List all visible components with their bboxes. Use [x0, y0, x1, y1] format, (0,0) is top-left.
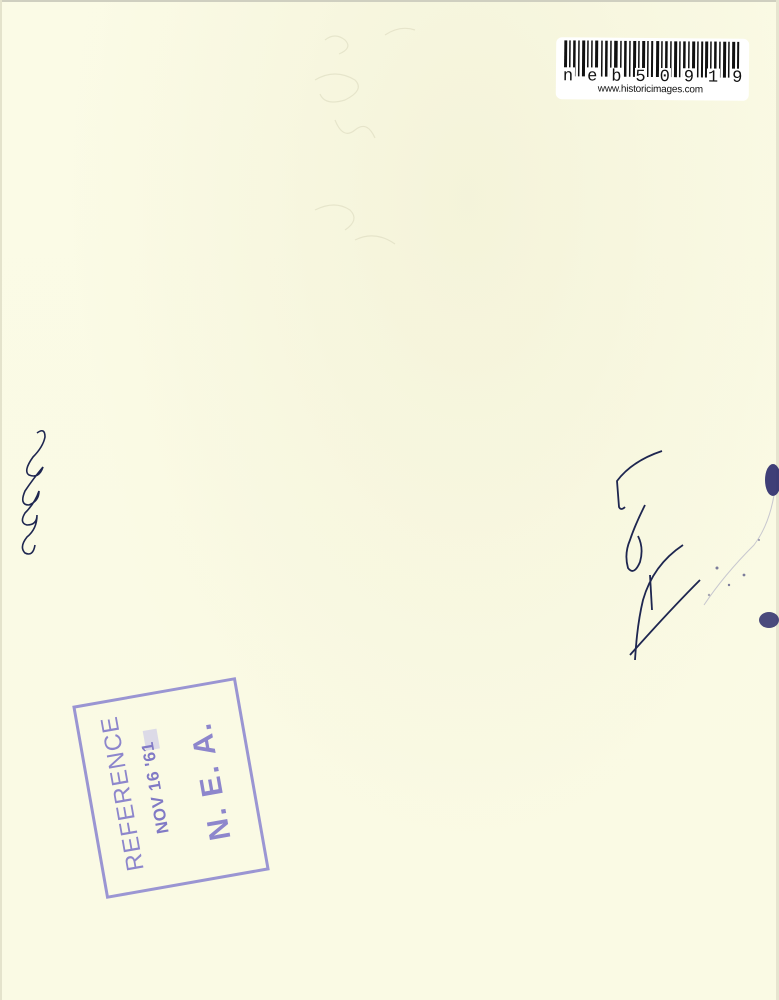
reference-stamp: REFERENCE NOV 16 '61 N. E. A.: [72, 677, 270, 899]
barcode-char: 9: [731, 69, 744, 88]
paper-left-edge: [0, 0, 2, 1000]
handwritten-margin-note: [12, 425, 52, 575]
barcode-url: www.historicimages.com: [598, 84, 703, 96]
faint-pencil-marks: [295, 10, 495, 310]
stamp-organization: N. E. A.: [182, 704, 242, 858]
paper-top-edge: [0, 0, 779, 2]
barcode-char: n: [562, 67, 575, 86]
barcode-label: n e b 5 0 9 1 9 www.historicimages.com: [556, 37, 750, 101]
barcode-char: 1: [707, 68, 720, 87]
ink-smudge: [689, 440, 779, 640]
